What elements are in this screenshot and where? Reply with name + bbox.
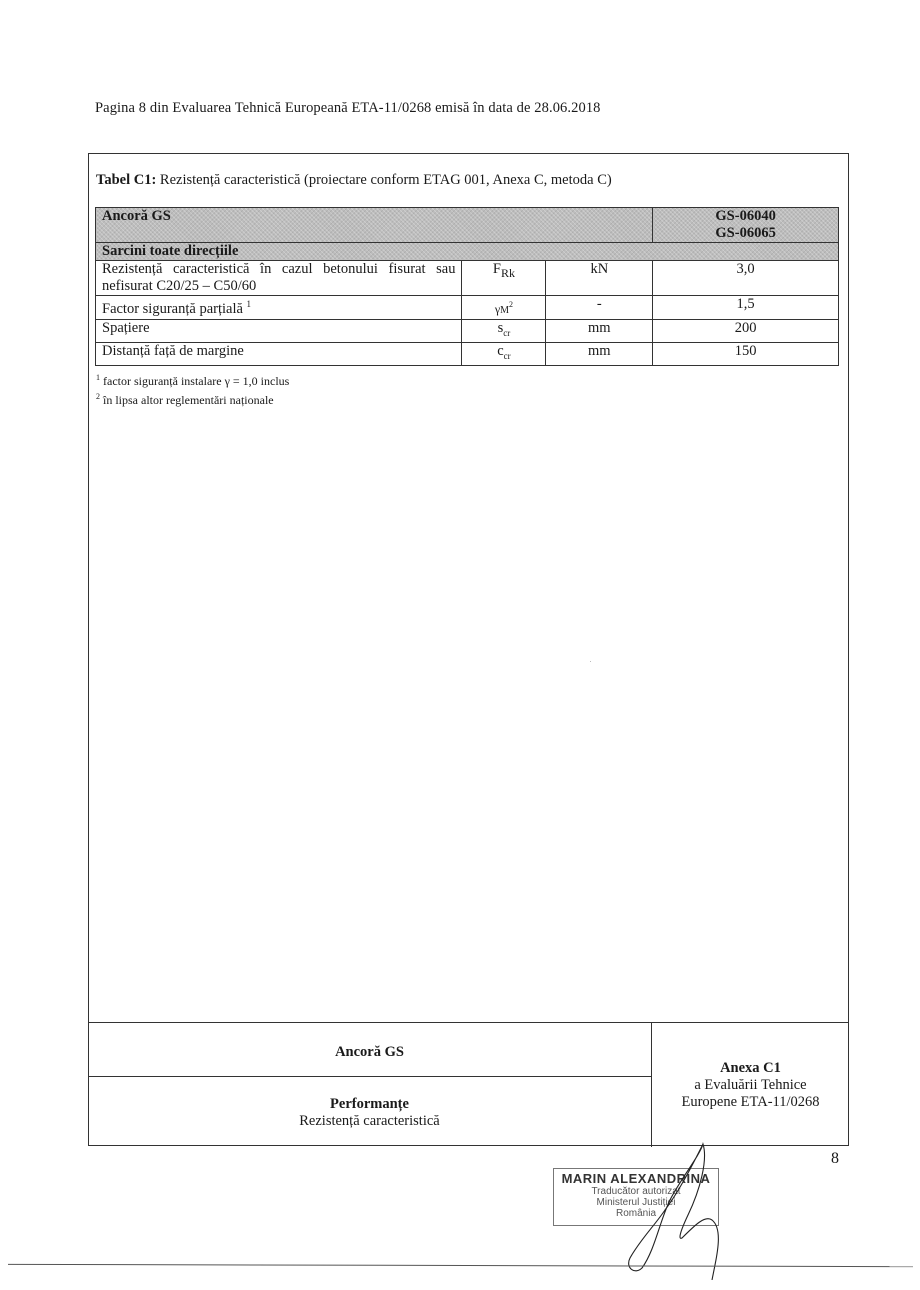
section-label: Sarcini toate direcțiile <box>96 243 839 261</box>
row-label: Rezistență caracteristică în cazul beton… <box>96 261 462 296</box>
footnote-2: 2 în lipsa altor reglementări naționale <box>96 389 289 408</box>
annex-title: Anexa C1 <box>652 1060 849 1077</box>
resistance-table: Ancoră GS GS-06040 GS-06065 Sarcini toat… <box>95 207 839 366</box>
footnotes: 1 factor siguranță instalare γ = 1,0 inc… <box>96 370 289 408</box>
row-symbol: scr <box>462 319 546 342</box>
stamp-line-2: Ministerul Justiției <box>554 1197 718 1208</box>
row-value: 3,0 <box>653 261 839 296</box>
stamp-line-1: Traducător autorizat <box>554 1186 718 1197</box>
scan-speck <box>590 661 591 662</box>
row-symbol: ccr <box>462 342 546 365</box>
table-title-text: Rezistență caracteristică (proiectare co… <box>156 172 611 188</box>
row-label: Spațiere <box>96 319 462 342</box>
row-value: 1,5 <box>653 296 839 320</box>
page-header: Pagina 8 din Evaluarea Tehnică Europeană… <box>95 100 601 117</box>
footer-product: Ancoră GS <box>88 1044 651 1061</box>
footer-product-cell: Ancoră GS <box>88 1023 651 1077</box>
table-row: Rezistență caracteristică în cazul beton… <box>96 261 839 296</box>
models-header-cell: GS-06040 GS-06065 <box>653 208 839 243</box>
footer-section-title: Performanțe <box>88 1096 651 1113</box>
annex-line-1: a Evaluării Tehnice <box>652 1077 849 1094</box>
footer-annex-cell: Anexa C1 a Evaluării Tehnice Europene ET… <box>651 1023 849 1147</box>
table-row: Factor siguranță parțială 1 γM2 - 1,5 <box>96 296 839 320</box>
section-row: Sarcini toate direcțiile <box>96 243 839 261</box>
row-unit: - <box>546 296 653 320</box>
model-1: GS-06040 <box>659 208 832 225</box>
table-title: Tabel C1: Rezistență caracteristică (pro… <box>96 172 612 189</box>
row-symbol: γM2 <box>462 296 546 320</box>
row-symbol: FRk <box>462 261 546 296</box>
footer-section-subtitle: Rezistență caracteristică <box>88 1113 651 1130</box>
row-value: 150 <box>653 342 839 365</box>
model-2: GS-06065 <box>659 225 832 242</box>
annex-footer: Ancoră GS Performanțe Rezistență caracte… <box>88 1022 849 1146</box>
stamp-name: MARIN ALEXANDRINA <box>554 1171 718 1186</box>
row-label: Factor siguranță parțială 1 <box>96 296 462 320</box>
row-value: 200 <box>653 319 839 342</box>
page-bottom-rule <box>8 1264 913 1267</box>
row-unit: mm <box>546 342 653 365</box>
table-row: Spațiere scr mm 200 <box>96 319 839 342</box>
table-row: Distanță față de margine ccr mm 150 <box>96 342 839 365</box>
page-number: 8 <box>831 1150 839 1168</box>
footer-section-cell: Performanțe Rezistență caracteristică <box>88 1077 651 1147</box>
anchor-header-cell: Ancoră GS <box>96 208 653 243</box>
table-title-label: Tabel C1: <box>96 172 156 188</box>
footnote-1: 1 factor siguranță instalare γ = 1,0 inc… <box>96 370 289 389</box>
annex-line-2: Europene ETA-11/0268 <box>652 1094 849 1111</box>
row-unit: kN <box>546 261 653 296</box>
row-unit: mm <box>546 319 653 342</box>
table-header-row: Ancoră GS GS-06040 GS-06065 <box>96 208 839 243</box>
row-label: Distanță față de margine <box>96 342 462 365</box>
stamp-line-3: România <box>554 1208 718 1219</box>
translator-stamp: MARIN ALEXANDRINA Traducător autorizat M… <box>553 1168 719 1226</box>
